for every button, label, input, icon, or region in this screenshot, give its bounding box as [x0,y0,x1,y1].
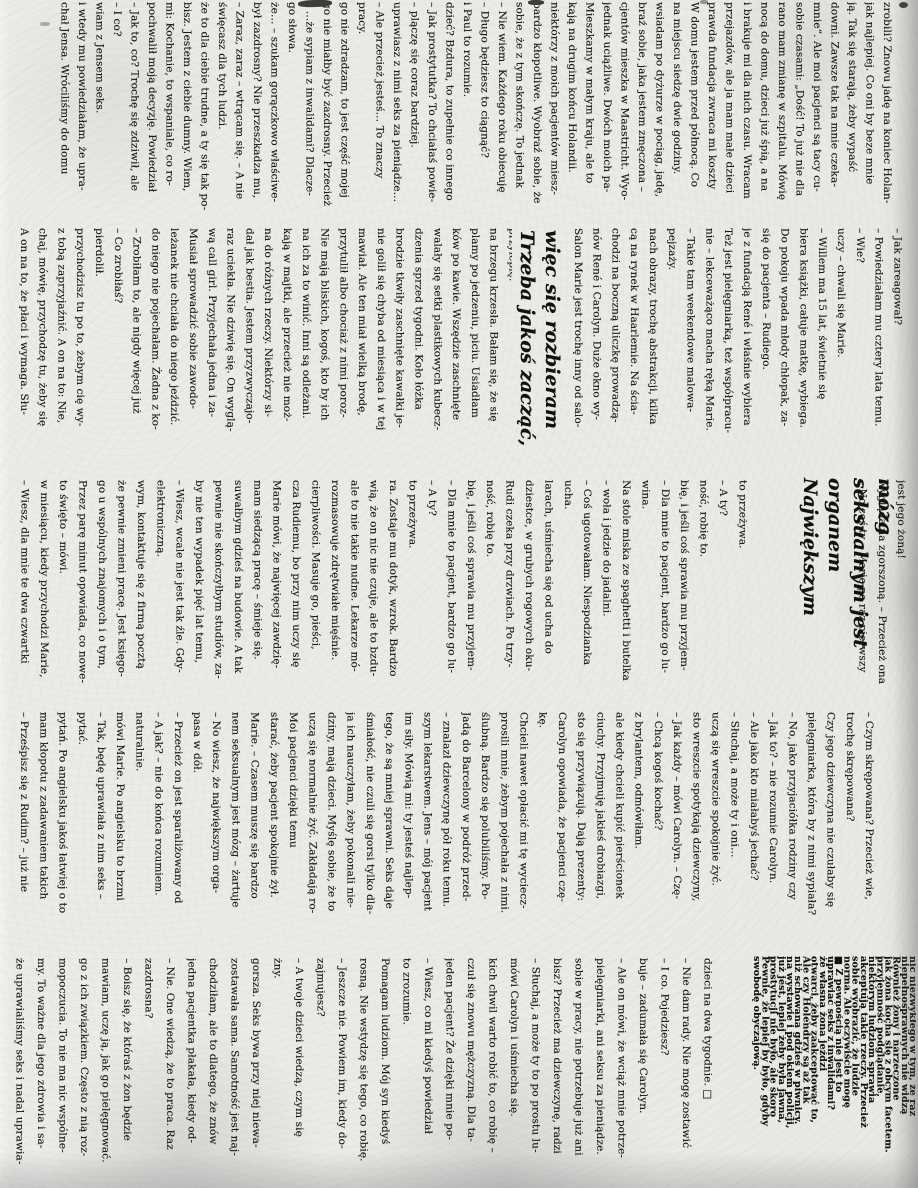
scan-smudge [40,22,50,26]
band-2b: Salon Marie jest trochę inny od salo- nó… [568,228,916,468]
band-1: chał Jensa. Wróciliśmy do domu i wtedy m… [55,2,895,216]
heading-2: Największym organem seksualnym jest mózg [797,478,849,708]
scan-bottom-shadow [0,1152,918,1188]
scan-right-edge-shadow [893,0,918,1188]
band-4: – Prześpisz się z Rudim? – już nie mam k… [14,712,916,948]
scan-smudge [700,0,708,4]
newspaper-scan-page: { "document": { "type": "scanned newspap… [0,0,918,1188]
heading-1: Trzeba jakoś zacząć, więc się rozbieram [514,230,566,480]
band-3: – Wiesz, dla mnie te dwa czwartki w mies… [14,480,794,702]
scan-smudge [528,0,544,5]
band-2: A on na to, że płaci i wymaga. Słu- chaj… [14,228,512,468]
